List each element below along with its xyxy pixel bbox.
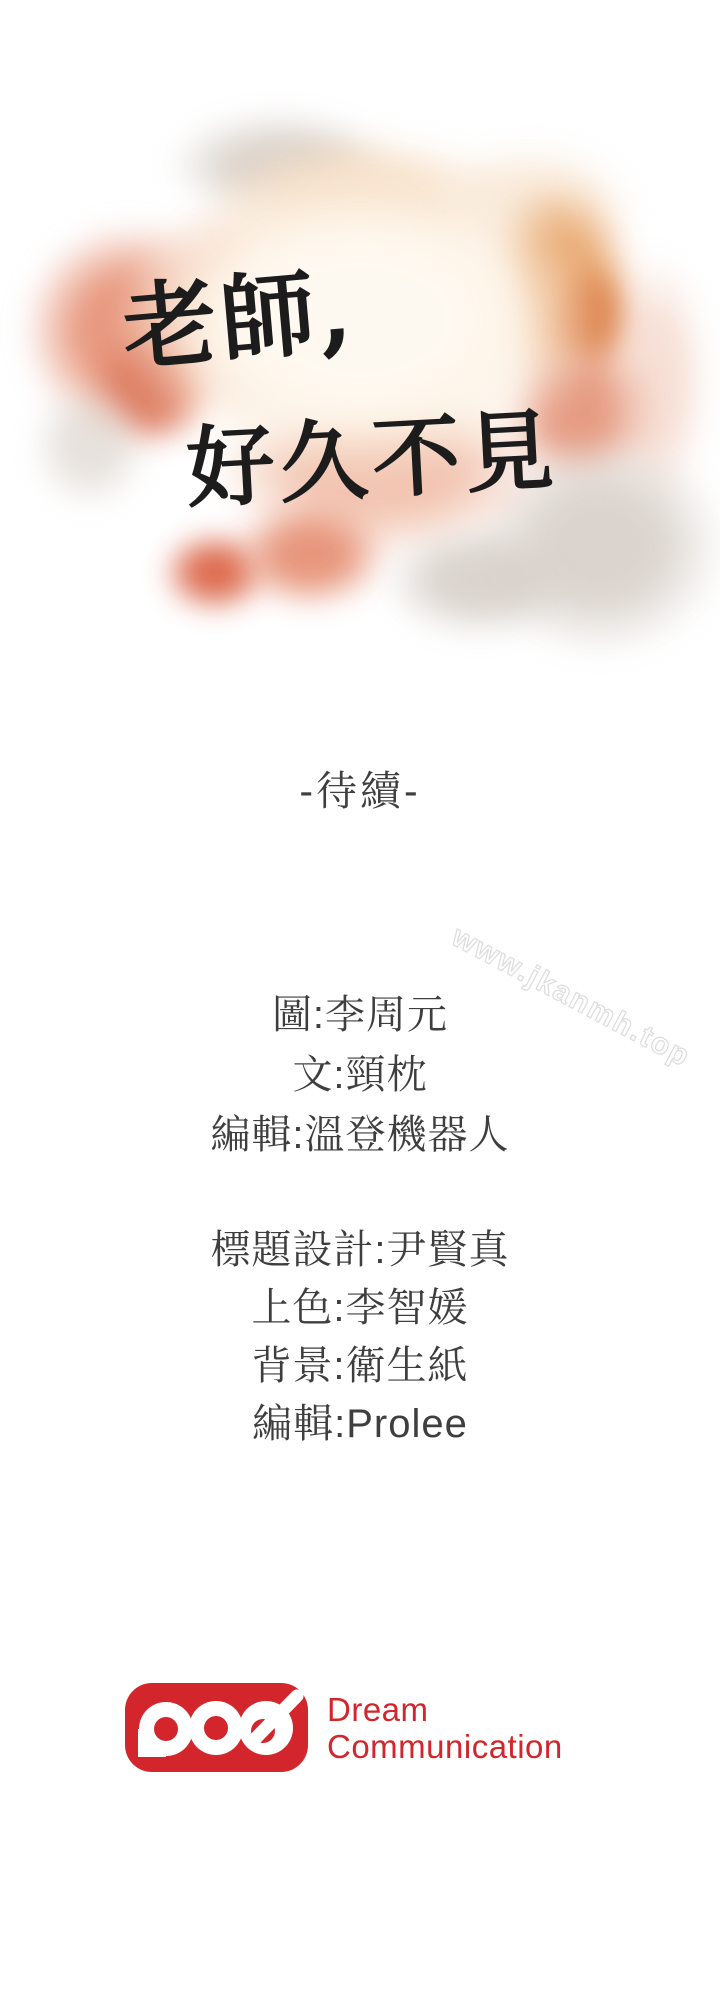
series-title-line2: 好久不見 (183, 380, 561, 525)
credits-secondary: 標題設計:尹賢真 上色:李智媛 背景:衛生紙 編輯:Prolee (0, 1221, 720, 1453)
credit-line-story: 文:頸枕 (0, 1045, 720, 1105)
to-be-continued-label: -待續- (0, 758, 720, 817)
comic-end-page: 老師, 好久不見 -待續- www.jkanmh.top 圖:李周元 文:頸枕 … (0, 0, 720, 2000)
watercolor-splash (0, 0, 720, 700)
publisher-name-line1: Dream (327, 1691, 563, 1728)
publisher-name-line2: Communication (327, 1728, 563, 1765)
credit-line-title-design: 標題設計:尹賢真 (0, 1221, 720, 1279)
splash-blob (30, 380, 150, 510)
dcc-logo (125, 1683, 308, 1772)
publisher-name: Dream Communication (327, 1691, 563, 1765)
splash-blob (380, 520, 580, 640)
credit-line-background: 背景:衛生紙 (0, 1337, 720, 1395)
credit-line-editor: 編輯:溫登機器人 (0, 1105, 720, 1165)
series-title-line1: 老師, (117, 234, 361, 389)
credit-line-art: 圖:李周元 (0, 985, 720, 1045)
credits-primary: 圖:李周元 文:頸枕 編輯:溫登機器人 (0, 985, 720, 1165)
credit-line-editor-en: 編輯:Prolee (0, 1395, 720, 1453)
credit-line-coloring: 上色:李智媛 (0, 1279, 720, 1337)
